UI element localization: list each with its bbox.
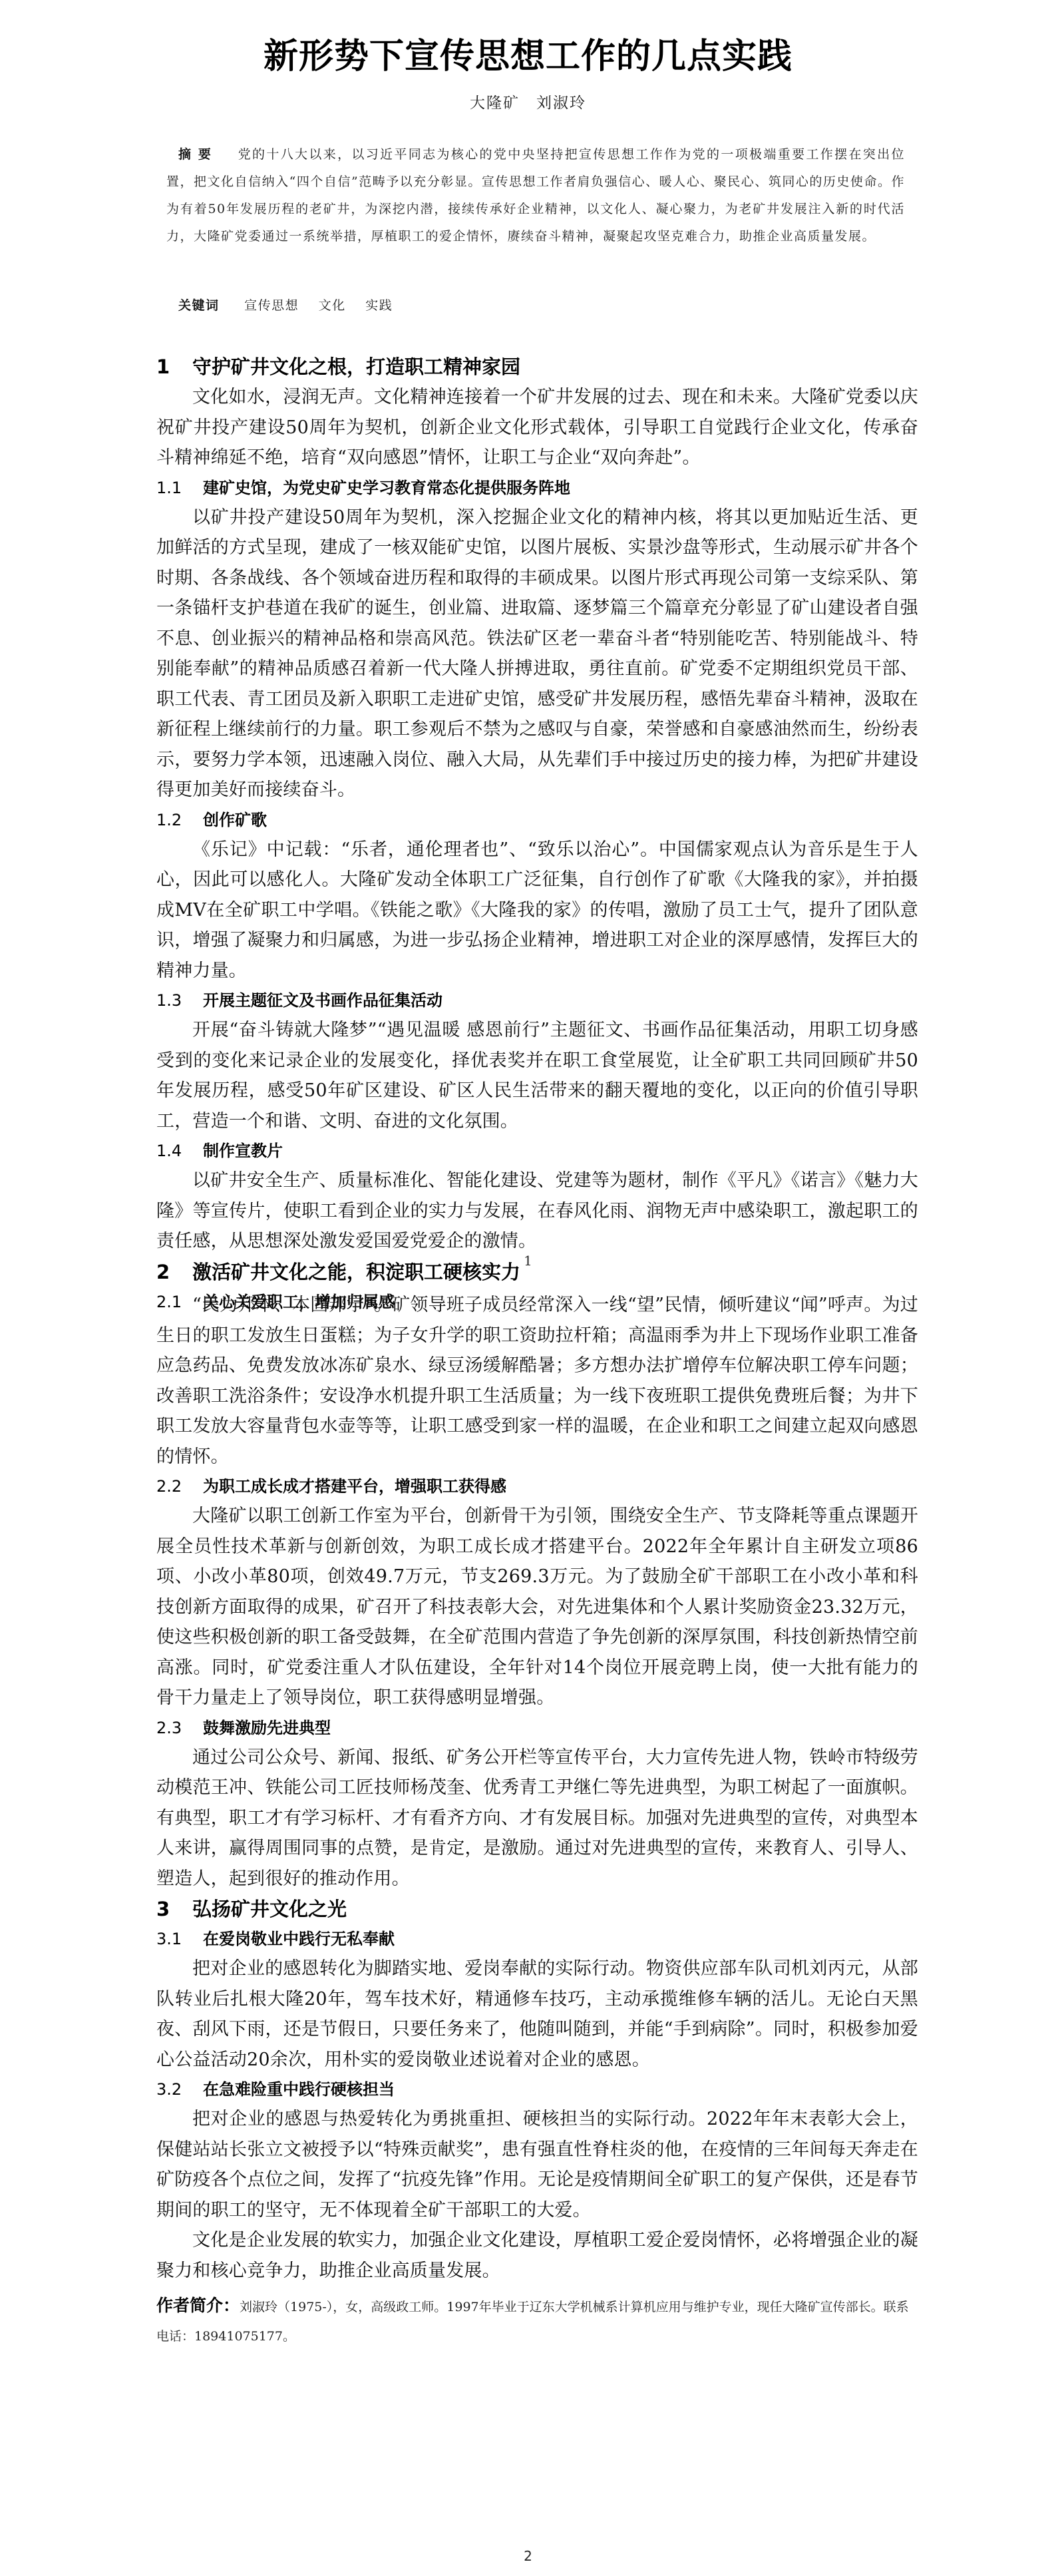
document-title: 新形势下宣传思想工作的几点实践 [0, 33, 1056, 81]
section-heading: 3弘扬矿井文化之光 [156, 1894, 918, 1924]
paragraph: 以矿井投产建设50周年为契机，深入挖掘企业文化的精神内核，将其以更加贴近生活、更… [156, 503, 918, 805]
subsection-heading: 1.1建矿史馆，为党史矿史学习教育常态化提供服务阵地 [156, 473, 918, 503]
section-heading: 1守护矿井文化之根，打造职工精神家园 [156, 351, 918, 382]
subsection-heading: 1.3开展主题征文及书画作品征集活动 [156, 986, 918, 1015]
abstract: 摘要党的十八大以来，以习近平同志为核心的党中央坚持把宣传思想工作作为党的一项极端… [166, 141, 905, 250]
author-bio-text: 刘淑玲（1975-），女，高级政工师。1997年毕业于辽东大学机械系计算机应用与… [156, 2300, 909, 2344]
subsection-heading: 1.4制作宣教片 [156, 1136, 918, 1166]
author-bio: 作者简介：刘淑玲（1975-），女，高级政工师。1997年毕业于辽东大学机械系计… [156, 2291, 918, 2351]
paragraph: 把对企业的感恩转化为脚踏实地、爱岗奉献的实际行动。物资供应部车队司机刘丙元，从部… [156, 1954, 918, 2075]
subsection-heading: 2.3鼓舞激励先进典型 [156, 1713, 918, 1743]
keyword: 宣传思想 [244, 298, 299, 313]
author-line: 大隆矿 刘淑玲 [0, 91, 1056, 112]
page-2-body: “民为邦本、本固邦宁”。矿领导班子成员经常深入一线“望”民情，倾听建议“闻”呼声… [156, 1290, 918, 2286]
keyword: 实践 [365, 298, 393, 313]
conclusion-paragraph: 文化是企业发展的软实力，加强企业文化建设，厚植职工爱企爱岗情怀，必将增强企业的凝… [156, 2225, 918, 2286]
abstract-label: 摘要 [178, 147, 218, 162]
subsection-heading: 1.2创作矿歌 [156, 805, 918, 835]
paragraph: 文化如水，浸润无声。文化精神连接着一个矿井发展的过去、现在和未来。大隆矿党委以庆… [156, 382, 918, 473]
paragraph: “民为邦本、本固邦宁”。矿领导班子成员经常深入一线“望”民情，倾听建议“闻”呼声… [156, 1290, 918, 1472]
page-number: 1 [0, 1253, 1056, 1269]
keyword: 文化 [319, 298, 346, 313]
author-bio-label: 作者简介： [156, 2296, 240, 2315]
paragraph: 把对企业的感恩与热爱转化为勇挑重担、硬核担当的实际行动。2022年年末表彰大会上… [156, 2104, 918, 2225]
paragraph: 通过公司公众号、新闻、报纸、矿务公开栏等宣传平台，大力宣传先进人物，铁岭市特级劳… [156, 1743, 918, 1894]
subsection-heading: 3.1在爱岗敬业中践行无私奉献 [156, 1924, 918, 1954]
subsection-heading: 3.2在急难险重中践行硬核担当 [156, 2075, 918, 2104]
paragraph: 开展“奋斗铸就大隆梦”“遇见温暖 感恩前行”主题征文、书画作品征集活动，用职工切… [156, 1015, 918, 1136]
keywords-label: 关键词 [178, 298, 220, 313]
paragraph: 以矿井安全生产、质量标准化、智能化建设、党建等为题材，制作《平凡》《诺言》《魅力… [156, 1166, 918, 1257]
subsection-heading: 2.2为职工成长成才搭建平台，增强职工获得感 [156, 1472, 918, 1501]
page-number: 2 [0, 2548, 1056, 2564]
keywords: 关键词 宣传思想 文化 实践 [178, 296, 407, 314]
paragraph: 《乐记》中记载：“乐者，通伦理者也”、“致乐以治心”。中国儒家观点认为音乐是生于… [156, 835, 918, 986]
abstract-text: 党的十八大以来，以习近平同志为核心的党中央坚持把宣传思想工作作为党的一项极端重要… [166, 147, 905, 244]
paragraph: 大隆矿以职工创新工作室为平台，创新骨干为引领，围绕安全生产、节支降耗等重点课题开… [156, 1501, 918, 1713]
page-1-body: 1守护矿井文化之根，打造职工精神家园 文化如水，浸润无声。文化精神连接着一个矿井… [156, 351, 918, 1317]
